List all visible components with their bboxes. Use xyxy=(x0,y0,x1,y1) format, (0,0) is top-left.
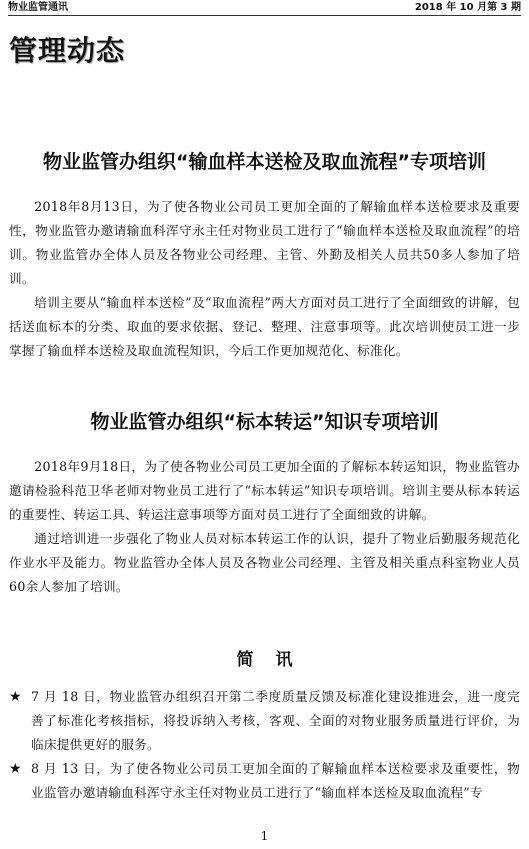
article-1-paragraph-1: 2018年8月13日，为了使各物业公司员工更加全面的了解输血样本送检要求及重要性… xyxy=(9,195,520,291)
page-number: 1 xyxy=(0,829,529,843)
article-2-paragraph-1: 2018年9月18日，为了使各物业公司员工更加全面的了解标本转运知识，物业监管办… xyxy=(9,455,520,527)
article-2-paragraph-2: 通过培训进一步强化了物业人员对标本转运工作的认识，提升了物业后勤服务规范化作业水… xyxy=(9,527,520,599)
brief-item: ★ 7 月 18 日，物业监管办组织召开第二季度质量反馈及标准化建设推进会，进一… xyxy=(9,685,520,757)
article-1-paragraph-2: 培训主要从“输血样本送检”及“取血流程”两大方面对员工进行了全面细致的讲解，包括… xyxy=(9,291,520,363)
article-2-heading: 物业监管办组织“标本转运”知识专项培训 xyxy=(0,410,529,434)
brief-item-text: 8 月 13 日，为了使各物业公司员工更加全面的了解输血样本送检要求及重要性，物… xyxy=(31,761,520,800)
briefs-title: 简讯 xyxy=(0,645,529,670)
issue-label: 2018 年 10 月第 3 期 xyxy=(415,2,521,14)
brief-item-text: 7 月 18 日，物业监管办组织召开第二季度质量反馈及标准化建设推进会，进一度完… xyxy=(31,689,520,752)
star-icon: ★ xyxy=(9,685,22,709)
star-icon: ★ xyxy=(9,757,22,781)
page-title: 管理动态 xyxy=(9,33,125,69)
publication-name: 物业监管通讯 xyxy=(8,2,68,14)
running-header: 物业监管通讯 2018 年 10 月第 3 期 xyxy=(8,2,521,16)
article-1-heading: 物业监管办组织“输血样本送检及取血流程”专项培训 xyxy=(0,150,529,174)
brief-item: ★ 8 月 13 日，为了使各物业公司员工更加全面的了解输血样本送检要求及重要性… xyxy=(9,757,520,805)
